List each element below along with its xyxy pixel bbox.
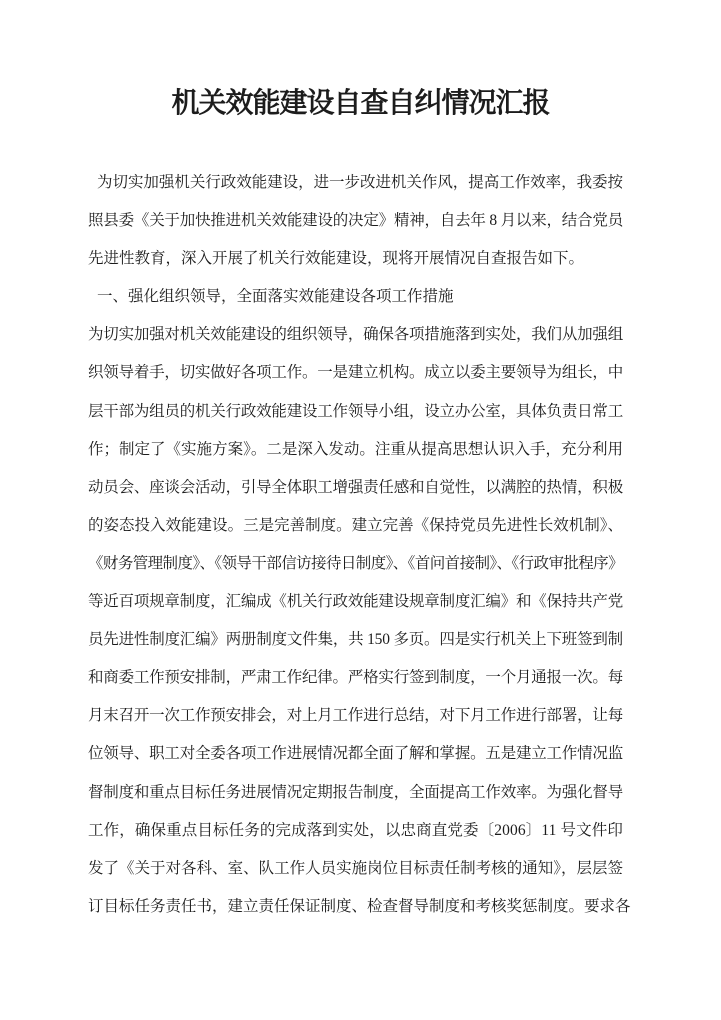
document-title: 机关效能建设自查自纠情况汇报 — [0, 88, 721, 120]
text-line: 为切实加强对机关效能建设的组织领导，确保各项措施落到实处，我们从加强组 — [88, 316, 623, 354]
intro-paragraph: 为切实加强机关行政效能建设，进一步改进机关作风，提高工作效率，我委按照县委《关于… — [88, 164, 623, 278]
text-line: 等近百项规章制度，汇编成《机关行政效能建设规章制度汇编》和《保持共产党 — [88, 583, 623, 621]
text-line: 月末召开一次工作预安排会，对上月工作进行总结，对下月工作进行部署，让每 — [88, 697, 623, 735]
body-paragraph: 为切实加强对机关效能建设的组织领导，确保各项措施落到实处，我们从加强组织领导着手… — [88, 316, 623, 926]
text-line: 位领导、职工对全委各项工作进展情况都全面了解和掌握。五是建立工作情况监 — [88, 735, 623, 773]
text-line: 员先进性制度汇编》两册制度文件集，共 150 多页。四是实行机关上下班签到制 — [88, 621, 623, 659]
text-line: 作；制定了《实施方案》。二是深入发动。注重从提高思想认识入手，充分利用 — [88, 431, 623, 469]
document-page: 机关效能建设自查自纠情况汇报 为切实加强机关行政效能建设，进一步改进机关作风，提… — [0, 0, 721, 1020]
document-body: 为切实加强机关行政效能建设，进一步改进机关作风，提高工作效率，我委按照县委《关于… — [88, 164, 623, 926]
text-line: 工作，确保重点目标任务的完成落到实处，以忠商直党委〔2006〕11 号文件印 — [88, 812, 623, 850]
text-line: 发了《关于对各科、室、队工作人员实施岗位目标责任制考核的通知》，层层签 — [88, 850, 623, 888]
text-line: 的姿态投入效能建设。三是完善制度。建立完善《保持党员先进性长效机制》、 — [88, 507, 623, 545]
text-line: 订目标任务责任书，建立责任保证制度、检查督导制度和考核奖惩制度。要求各 — [88, 888, 623, 926]
text-line: 织领导着手，切实做好各项工作。一是建立机构。成立以委主要领导为组长，中 — [88, 354, 623, 392]
text-line: 《财务管理制度》、《领导干部信访接待日制度》、《首问首接制》、《行政审批程序》 — [88, 545, 623, 583]
text-line: 为切实加强机关行政效能建设，进一步改进机关作风，提高工作效率，我委按 — [88, 164, 623, 202]
text-line: 和商委工作预安排制，严肃工作纪律。严格实行签到制度，一个月通报一次。每 — [88, 659, 623, 697]
text-line: 动员会、座谈会活动，引导全体职工增强责任感和自觉性，以满腔的热情，积极 — [88, 469, 623, 507]
text-line: 督制度和重点目标任务进展情况定期报告制度，全面提高工作效率。为强化督导 — [88, 774, 623, 812]
section-heading: 一、强化组织领导，全面落实效能建设各项工作措施 — [88, 278, 623, 316]
text-line: 先进性教育，深入开展了机关行效能建设，现将开展情况自查报告如下。 — [88, 240, 623, 278]
text-line: 照县委《关于加快推进机关效能建设的决定》精神，自去年 8 月以来，结合党员 — [88, 202, 623, 240]
text-line: 层干部为组员的机关行政效能建设工作领导小组，设立办公室，具体负责日常工 — [88, 393, 623, 431]
